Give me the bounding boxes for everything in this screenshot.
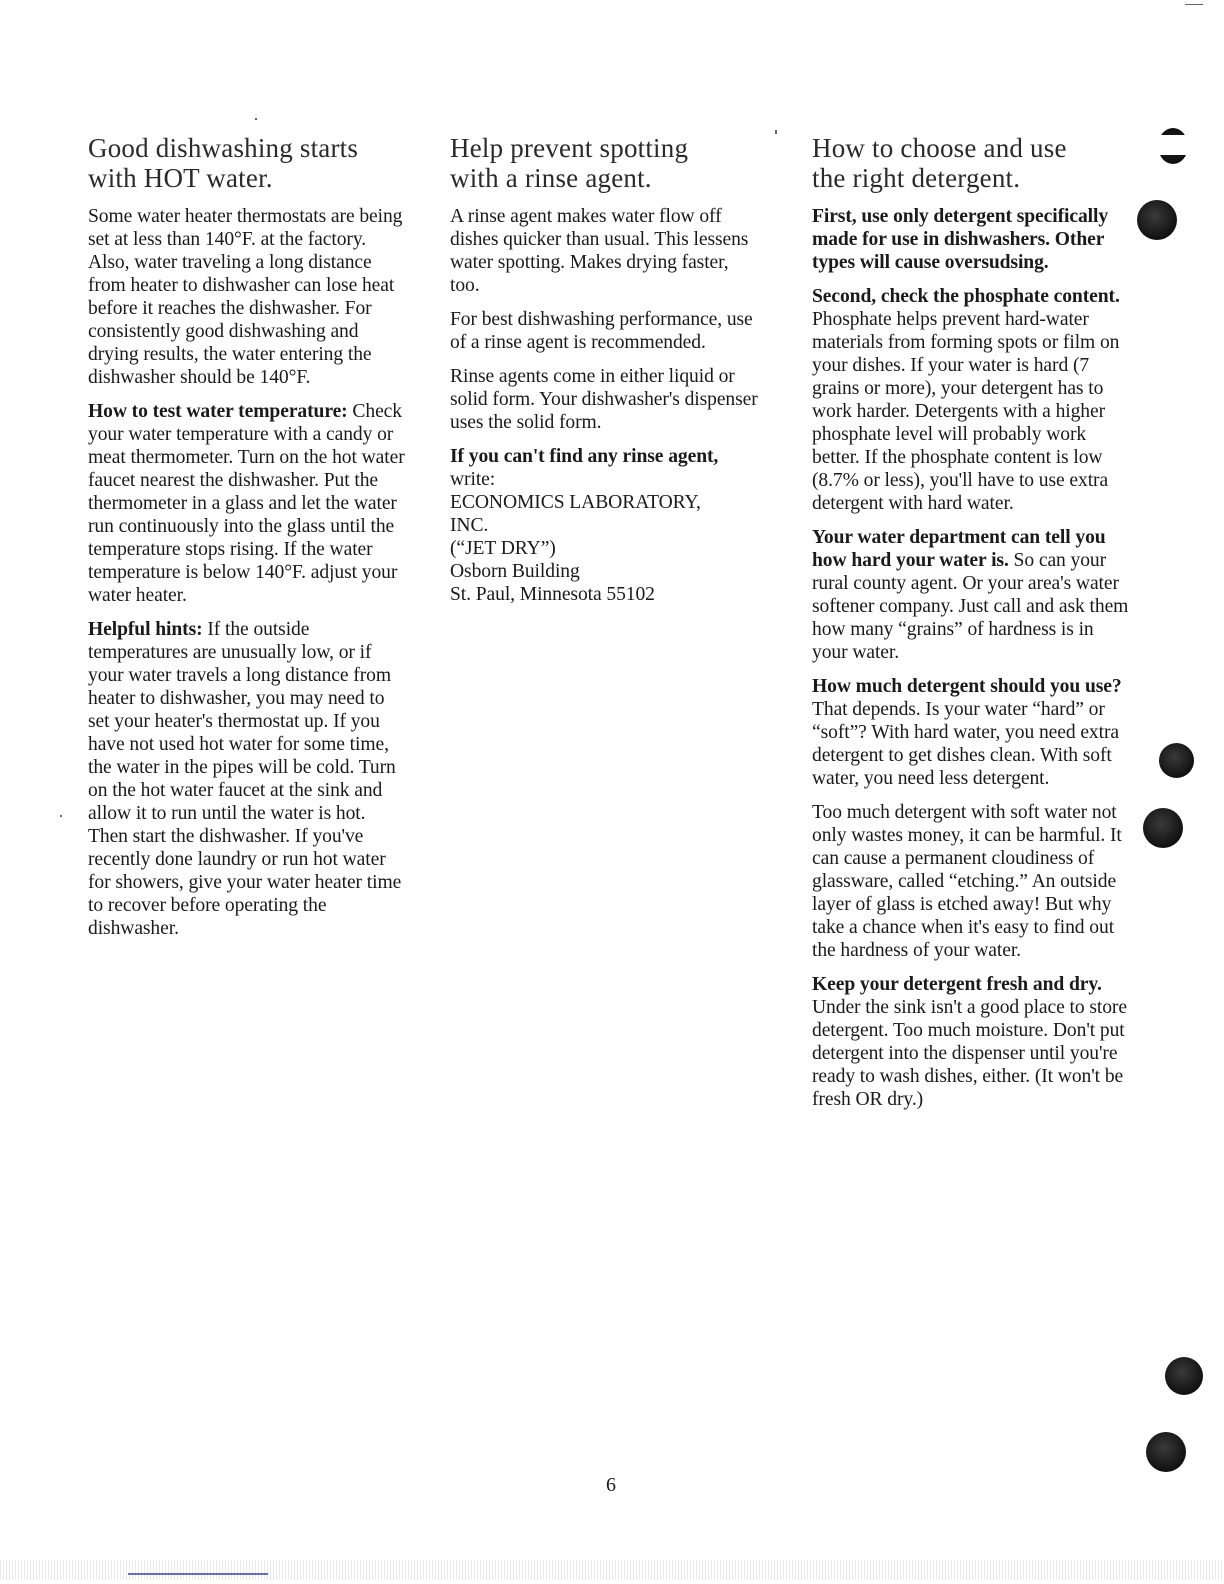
heading-line-2: with HOT water. [88, 163, 273, 193]
address-line-brand: (“JET DRY”) [450, 537, 760, 560]
scan-speck [60, 815, 62, 817]
water-department-paragraph: Your water department can tell you how h… [812, 526, 1132, 664]
address-line-city: St. Paul, Minnesota 55102 [450, 583, 760, 606]
section-rinse-agent: Help prevent spotting with a rinse agent… [450, 133, 760, 617]
helpful-hints-label: Helpful hints: [88, 619, 203, 640]
heading-line-1: Good dishwashing starts [88, 133, 358, 163]
keep-fresh-paragraph: Keep your detergent fresh and dry. Under… [812, 973, 1132, 1111]
keep-fresh-body: Under the sink isn't a good place to sto… [812, 997, 1127, 1110]
intro-paragraph: Some water heater thermostats are being … [88, 205, 408, 389]
scan-edge-mark [128, 1573, 268, 1575]
phosphate-paragraph: Second, check the phosphate content. Pho… [812, 285, 1132, 515]
address-line-company: ECONOMICS LABORATORY, [450, 491, 760, 514]
keep-fresh-label: Keep your detergent fresh and dry. [812, 974, 1102, 995]
scan-speck [255, 118, 257, 120]
scan-speck [775, 130, 777, 134]
section-heading: Help prevent spotting with a rinse agent… [450, 133, 760, 193]
page-number: 6 [606, 1474, 616, 1496]
scan-speck [1185, 4, 1203, 5]
helpful-hints-paragraph: Helpful hints: If the outside temperatur… [88, 618, 408, 940]
section-detergent: How to choose and use the right detergen… [812, 133, 1132, 1122]
rinse-paragraph-3: Rinse agents come in either liquid or so… [450, 365, 760, 434]
rinse-paragraph-2: For best dishwashing performance, use of… [450, 308, 760, 354]
section-heading: How to choose and use the right detergen… [812, 133, 1132, 193]
binding-hole-icon [1137, 200, 1177, 240]
test-temperature-body: Check your water temperature with a cand… [88, 401, 405, 606]
rinse-paragraph-1: A rinse agent makes water flow off dishe… [450, 205, 760, 297]
contact-label: If you can't find any rinse agent, [450, 446, 718, 467]
too-much-paragraph: Too much detergent with soft water not o… [812, 801, 1132, 962]
section-heading: Good dishwashing starts with HOT water. [88, 133, 408, 193]
scan-edge-noise [0, 1560, 1224, 1580]
contact-write: write: [450, 468, 760, 491]
binding-hole-icon [1159, 743, 1194, 778]
section-hot-water: Good dishwashing starts with HOT water. … [88, 133, 408, 951]
first-rule-paragraph: First, use only detergent specifically m… [812, 205, 1132, 274]
test-temperature-paragraph: How to test water temperature: Check you… [88, 400, 408, 607]
helpful-hints-body: If the outside temperatures are unusuall… [88, 619, 401, 939]
how-much-paragraph: How much detergent should you use? That … [812, 675, 1132, 790]
address-line-building: Osborn Building [450, 560, 760, 583]
first-rule-text: First, use only detergent specifically m… [812, 206, 1108, 273]
binding-hole-icon [1165, 1357, 1203, 1395]
binding-hole-icon [1158, 128, 1188, 164]
phosphate-body: Phosphate helps prevent hard-water mater… [812, 309, 1119, 514]
address-line-inc: INC. [450, 514, 760, 537]
how-much-body: That depends. Is your water “hard” or “s… [812, 699, 1119, 789]
phosphate-label: Second, check the phosphate content. [812, 286, 1120, 307]
binding-hole-icon [1143, 808, 1183, 848]
heading-line-2: with a rinse agent. [450, 163, 652, 193]
heading-line-1: How to choose and use [812, 133, 1067, 163]
manual-page: Good dishwashing starts with HOT water. … [0, 0, 1224, 1584]
test-temperature-label: How to test water temperature: [88, 401, 348, 422]
heading-line-1: Help prevent spotting [450, 133, 688, 163]
heading-line-2: the right detergent. [812, 163, 1020, 193]
binding-hole-icon [1146, 1432, 1186, 1472]
how-much-label: How much detergent should you use? [812, 676, 1122, 697]
contact-block: If you can't find any rinse agent, write… [450, 445, 760, 606]
